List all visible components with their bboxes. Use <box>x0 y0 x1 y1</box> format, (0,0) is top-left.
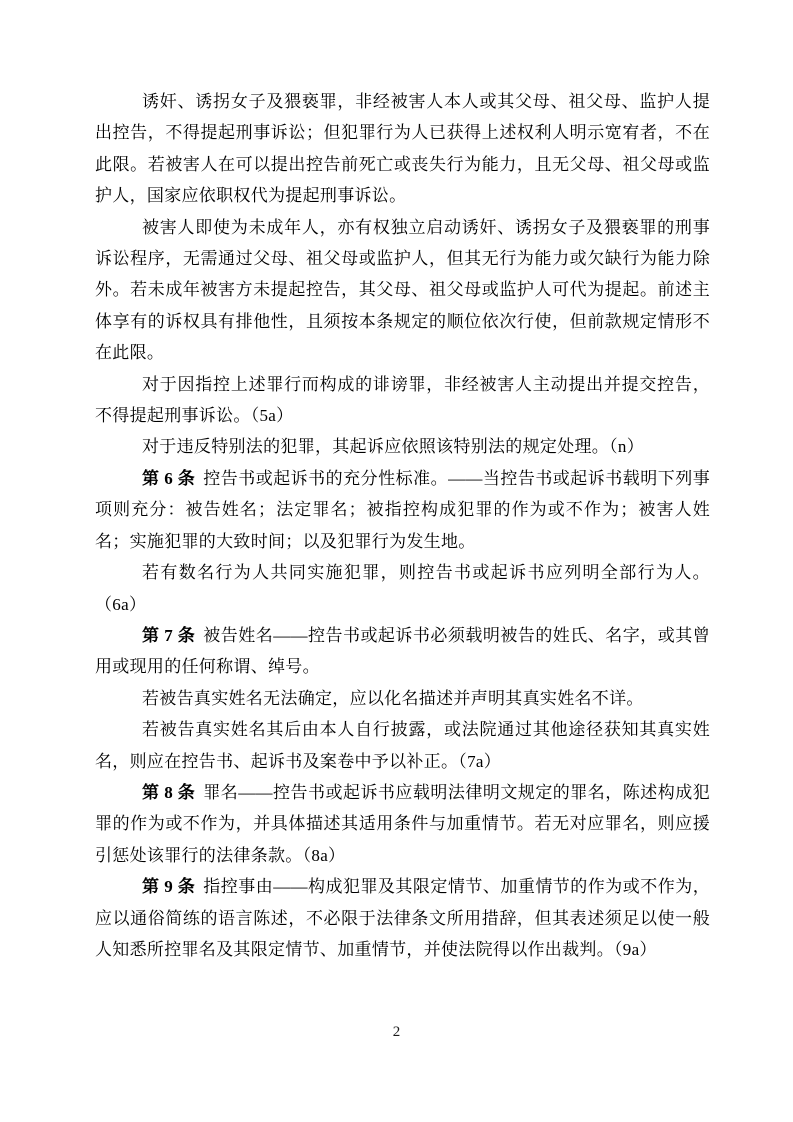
paragraph-article-9: 第 9 条指控事由——构成犯罪及其限定情节、加重情节的作为或不作为，应以通俗简练… <box>95 871 710 965</box>
paragraph: 被害人即使为未成年人，亦有权独立启动诱奸、诱拐女子及猥亵罪的刑事诉讼程序，无需通… <box>95 212 710 369</box>
paragraph-text: 若有数名行为人共同实施犯罪，则控告书或起诉书应列明全部行为人。（6a） <box>95 563 710 613</box>
article-number: 第 7 条 <box>142 626 203 645</box>
paragraph: 诱奸、诱拐女子及猥亵罪，非经被害人本人或其父母、祖父母、监护人提出控告，不得提起… <box>95 86 710 212</box>
paragraph-text: 对于因指控上述罪行而构成的诽谤罪，非经被害人主动提出并提交控告，不得提起刑事诉讼… <box>95 375 710 425</box>
document-body: 诱奸、诱拐女子及猥亵罪，非经被害人本人或其父母、祖父母、监护人提出控告，不得提起… <box>95 86 710 965</box>
paragraph-article-7: 第 7 条被告姓名——控告书或起诉书必须载明被告的姓氏、名字，或其曾用或现用的任… <box>95 620 710 683</box>
page-number: 2 <box>0 1022 793 1042</box>
article-number: 第 9 条 <box>142 877 203 896</box>
article-number: 第 6 条 <box>142 469 203 488</box>
paragraph-text: 若被告真实姓名其后由本人自行披露，或法院通过其他途径获知其真实姓名，则应在控告书… <box>95 720 710 770</box>
paragraph-text: 对于违反特别法的犯罪，其起诉应依照该特别法的规定处理。（n） <box>142 437 644 456</box>
document-page: 诱奸、诱拐女子及猥亵罪，非经被害人本人或其父母、祖父母、监护人提出控告，不得提起… <box>0 0 793 1122</box>
paragraph-article-8: 第 8 条罪名——控告书或起诉书应载明法律明文规定的罪名，陈述构成犯罪的作为或不… <box>95 777 710 871</box>
paragraph-text: 若被告真实姓名无法确定，应以化名描述并声明其真实姓名不详。 <box>142 689 644 708</box>
paragraph: 对于违反特别法的犯罪，其起诉应依照该特别法的规定处理。（n） <box>95 431 710 462</box>
paragraph: 对于因指控上述罪行而构成的诽谤罪，非经被害人主动提出并提交控告，不得提起刑事诉讼… <box>95 369 710 432</box>
paragraph-article-6: 第 6 条控告书或起诉书的充分性标准。——当控告书或起诉书载明下列事项则充分：被… <box>95 463 710 557</box>
article-number: 第 8 条 <box>142 783 203 802</box>
paragraph: 若被告真实姓名其后由本人自行披露，或法院通过其他途径获知其真实姓名，则应在控告书… <box>95 714 710 777</box>
paragraph: 若被告真实姓名无法确定，应以化名描述并声明其真实姓名不详。 <box>95 683 710 714</box>
paragraph-text: 诱奸、诱拐女子及猥亵罪，非经被害人本人或其父母、祖父母、监护人提出控告，不得提起… <box>95 92 710 205</box>
paragraph: 若有数名行为人共同实施犯罪，则控告书或起诉书应列明全部行为人。（6a） <box>95 557 710 620</box>
paragraph-text: 被害人即使为未成年人，亦有权独立启动诱奸、诱拐女子及猥亵罪的刑事诉讼程序，无需通… <box>95 218 710 363</box>
